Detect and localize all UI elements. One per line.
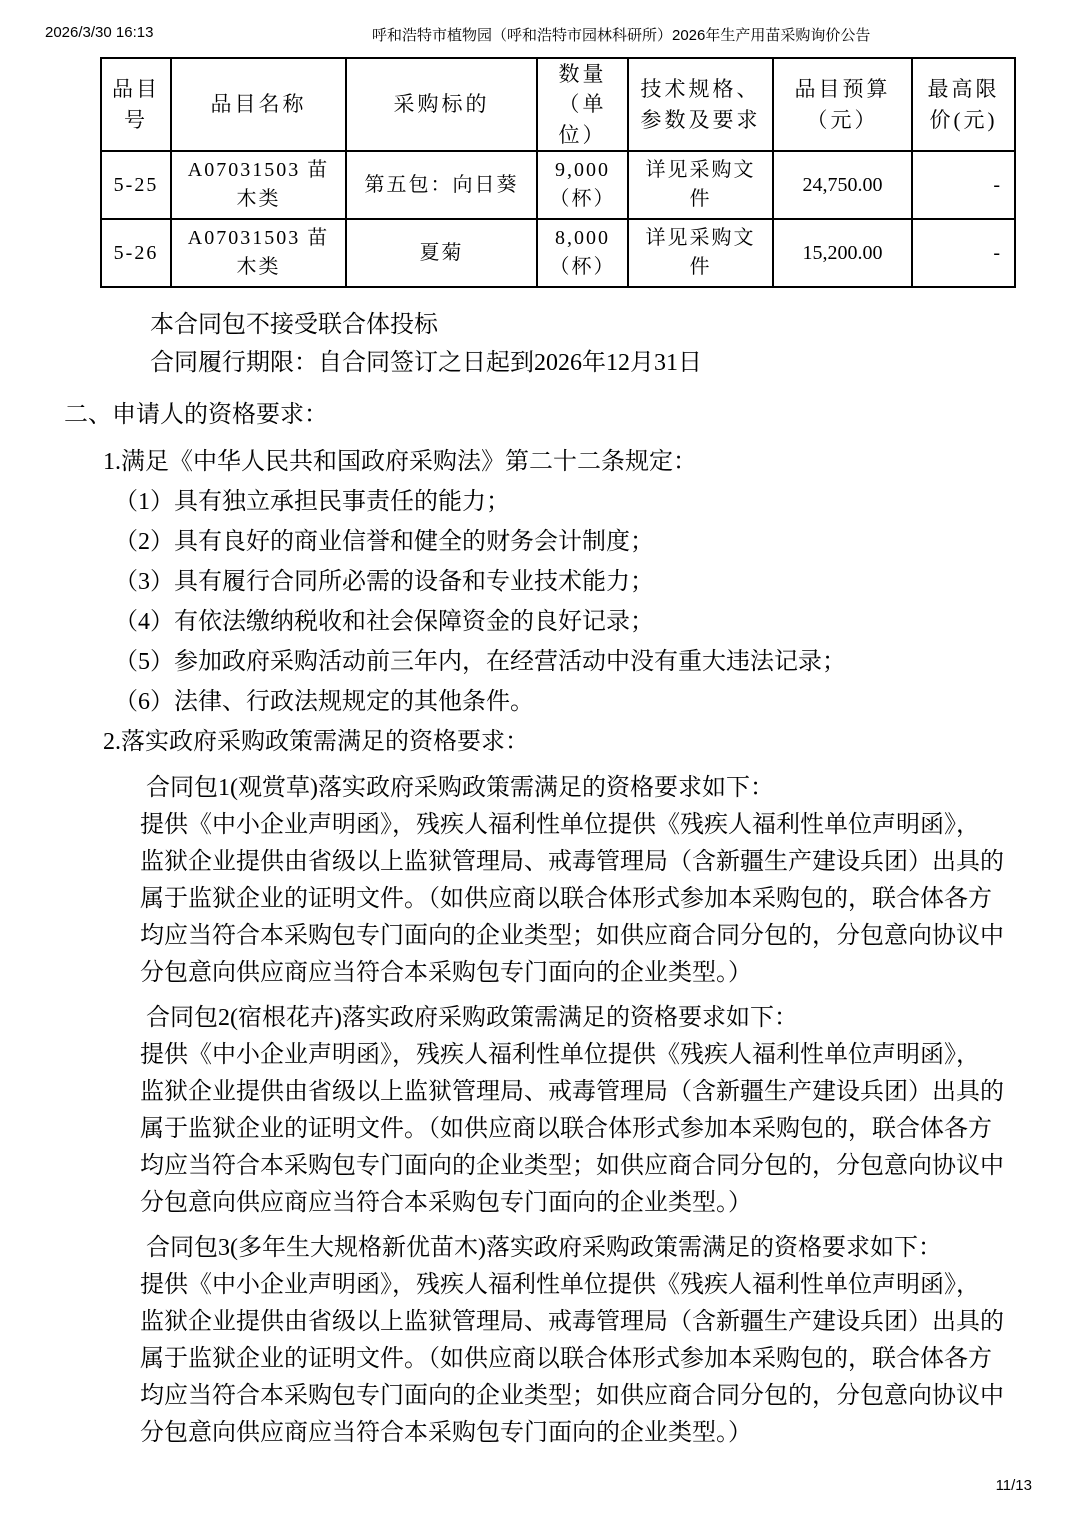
requirement-2-heading: 2.落实政府采购政策需满足的资格要求：	[103, 722, 1014, 762]
note-no-consortium: 本合同包不接受联合体投标	[150, 306, 1014, 344]
package-3-heading: 合同包3(多年生大规格新优苗木)落实政府采购政策需满足的资格要求如下：	[146, 1230, 1014, 1267]
budget-cell: 24,750.00	[773, 151, 912, 219]
package-paragraph-line: 分包意向供应商应当符合本采购包专门面向的企业类型。）	[140, 1185, 1014, 1222]
package-paragraph-line: 提供《中小企业声明函》，残疾人福利性单位提供《残疾人福利性单位声明函》，	[140, 1267, 1014, 1304]
requirement-subitem: （4）有依法缴纳税收和社会保障资金的良好记录；	[114, 602, 1014, 642]
item-name-cell: A07031503 苗木类	[171, 151, 346, 219]
package-paragraph-line: 属于监狱企业的证明文件。（如供应商以联合体形式参加本采购包的，联合体各方	[140, 1341, 1014, 1378]
requirement-subitem: （3）具有履行合同所必需的设备和专业技术能力；	[114, 562, 1014, 602]
package-paragraph-line: 监狱企业提供由省级以上监狱管理局、戒毒管理局（含新疆生产建设兵团）出具的	[140, 1074, 1014, 1111]
package-1-requirements: 合同包1(观赏草)落实政府采购政策需满足的资格要求如下： 提供《中小企业声明函》…	[100, 770, 1014, 992]
package-paragraph-line: 监狱企业提供由省级以上监狱管理局、戒毒管理局（含新疆生产建设兵团）出具的	[140, 1304, 1014, 1341]
package-2-requirements: 合同包2(宿根花卉)落实政府采购政策需满足的资格要求如下： 提供《中小企业声明函…	[100, 1000, 1014, 1222]
package-paragraph-line: 均应当符合本采购包专门面向的企业类型；如供应商合同分包的，分包意向协议中	[140, 1148, 1014, 1185]
contract-notes: 本合同包不接受联合体投标 合同履行期限：自合同签订之日起到2026年12月31日	[150, 306, 1014, 382]
requirement-subitem: （5）参加政府采购活动前三年内，在经营活动中没有重大违法记录；	[114, 642, 1014, 682]
subject-cell: 第五包：向日葵	[346, 151, 537, 219]
package-paragraph-line: 分包意向供应商应当符合本采购包专门面向的企业类型。）	[140, 955, 1014, 992]
quantity-cell: 8,000（杯）	[537, 219, 628, 287]
package-paragraph-line: 提供《中小企业声明函》，残疾人福利性单位提供《残疾人福利性单位声明函》，	[140, 807, 1014, 844]
item-no-cell: 5-25	[101, 151, 171, 219]
package-paragraph-line: 属于监狱企业的证明文件。（如供应商以联合体形式参加本采购包的，联合体各方	[140, 881, 1014, 918]
table-row: 5-26 A07031503 苗木类 夏菊 8,000（杯） 详见采购文件 15…	[101, 219, 1015, 287]
col-header-budget: 品目预算（元）	[773, 58, 912, 151]
specs-cell: 详见采购文件	[628, 219, 773, 287]
specs-cell: 详见采购文件	[628, 151, 773, 219]
qualification-requirements-list: 1.满足《中华人民共和国政府采购法》第二十二条规定： （1）具有独立承担民事责任…	[100, 442, 1014, 762]
header-datetime: 2026/3/30 16:13	[45, 24, 153, 41]
item-name-cell: A07031503 苗木类	[171, 219, 346, 287]
section-2-heading: 二、申请人的资格要求：	[64, 398, 1014, 432]
package-paragraph-line: 属于监狱企业的证明文件。（如供应商以联合体形式参加本采购包的，联合体各方	[140, 1111, 1014, 1148]
table-header-row: 品目号 品目名称 采购标的 数量（单位） 技术规格、参数及要求 品目预算（元） …	[101, 58, 1015, 151]
col-header-price-cap: 最高限价(元)	[912, 58, 1015, 151]
page-number: 11/13	[996, 1477, 1032, 1494]
budget-cell: 15,200.00	[773, 219, 912, 287]
package-paragraph-line: 提供《中小企业声明函》，残疾人福利性单位提供《残疾人福利性单位声明函》，	[140, 1037, 1014, 1074]
col-header-quantity: 数量（单位）	[537, 58, 628, 151]
package-paragraph-line: 分包意向供应商应当符合本采购包专门面向的企业类型。）	[140, 1415, 1014, 1452]
requirement-subitem: （6）法律、行政法规规定的其他条件。	[114, 682, 1014, 722]
price-cap-cell: -	[912, 219, 1015, 287]
subject-cell: 夏菊	[346, 219, 537, 287]
col-header-subject: 采购标的	[346, 58, 537, 151]
requirement-subitem: （1）具有独立承担民事责任的能力；	[114, 482, 1014, 522]
print-footer: 11/13	[996, 1477, 1032, 1494]
document-body: 品目号 品目名称 采购标的 数量（单位） 技术规格、参数及要求 品目预算（元） …	[100, 57, 1014, 1452]
col-header-specs: 技术规格、参数及要求	[628, 58, 773, 151]
col-header-item-name: 品目名称	[171, 58, 346, 151]
package-2-heading: 合同包2(宿根花卉)落实政府采购政策需满足的资格要求如下：	[146, 1000, 1014, 1037]
item-no-cell: 5-26	[101, 219, 171, 287]
col-header-item-no: 品目号	[101, 58, 171, 151]
package-paragraph-line: 均应当符合本采购包专门面向的企业类型；如供应商合同分包的，分包意向协议中	[140, 918, 1014, 955]
requirement-subitem: （2）具有良好的商业信誉和健全的财务会计制度；	[114, 522, 1014, 562]
package-3-requirements: 合同包3(多年生大规格新优苗木)落实政府采购政策需满足的资格要求如下： 提供《中…	[100, 1230, 1014, 1452]
quantity-cell: 9,000（杯）	[537, 151, 628, 219]
price-cap-cell: -	[912, 151, 1015, 219]
page-title: 呼和浩特市植物园（呼和浩特市园林科研所）2026年生产用苗采购询价公告	[372, 24, 870, 45]
package-paragraph-line: 均应当符合本采购包专门面向的企业类型；如供应商合同分包的，分包意向协议中	[140, 1378, 1014, 1415]
procurement-items-table: 品目号 品目名称 采购标的 数量（单位） 技术规格、参数及要求 品目预算（元） …	[100, 57, 1016, 288]
package-paragraph-line: 监狱企业提供由省级以上监狱管理局、戒毒管理局（含新疆生产建设兵团）出具的	[140, 844, 1014, 881]
note-contract-period: 合同履行期限：自合同签订之日起到2026年12月31日	[150, 344, 1014, 382]
package-1-heading: 合同包1(观赏草)落实政府采购政策需满足的资格要求如下：	[146, 770, 1014, 807]
requirement-1-heading: 1.满足《中华人民共和国政府采购法》第二十二条规定：	[103, 442, 1014, 482]
table-row: 5-25 A07031503 苗木类 第五包：向日葵 9,000（杯） 详见采购…	[101, 151, 1015, 219]
